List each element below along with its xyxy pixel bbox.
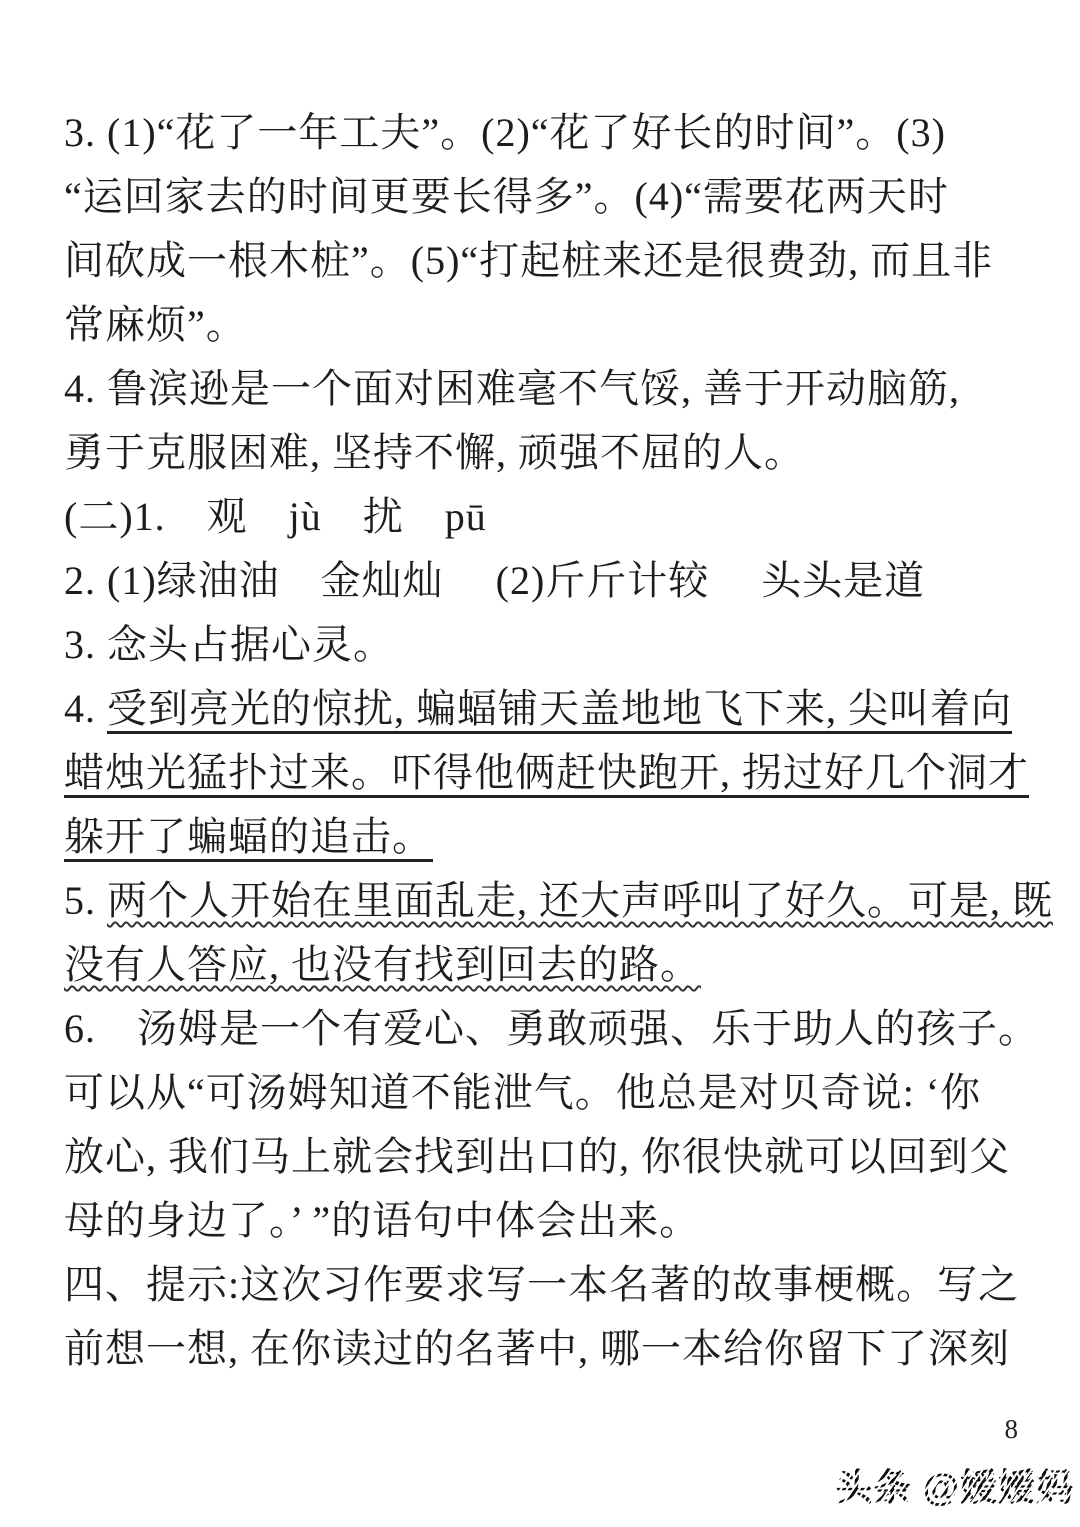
text-segment: 间砍成一根木桩”。(5)“打起桩来还是很费劲, 而且非 (64, 238, 993, 283)
text-segment: 3. 念头占据心灵。 (64, 622, 394, 667)
text-segment: 4. 鲁滨逊是一个面对困难毫不气馁, 善于开动脑筋, (64, 366, 960, 411)
text-segment: 6. 汤姆是一个有爱心、勇敢顽强、乐于助人的孩子。 (64, 1006, 1039, 1051)
text-line: “运回家去的时间更要长得多”。(4)“需要花两天时 (64, 165, 1026, 229)
text-line: 可以从“可汤姆知道不能泄气。他总是对贝奇说: ‘你 (64, 1061, 1026, 1125)
underlined-text-segment: 躲开了蝙蝠的追击。 (64, 814, 433, 859)
text-line: 蜡烛光猛扑过来。吓得他俩赶快跑开, 拐过好几个洞才 (64, 741, 1026, 805)
text-line: 2. (1)绿油油 金灿灿 (2)斤斤计较 头头是道 (64, 549, 1026, 613)
text-line: 放心, 我们马上就会找到出口的, 你很快就可以回到父 (64, 1125, 1026, 1189)
text-line: 间砍成一根木桩”。(5)“打起桩来还是很费劲, 而且非 (64, 229, 1026, 293)
text-line: 常麻烦”。 (64, 293, 1026, 357)
text-segment: 母的身边了。’ ”的语句中体会出来。 (64, 1198, 700, 1243)
text-line: 3. 念头占据心灵。 (64, 613, 1026, 677)
text-line: 前想一想, 在你读过的名著中, 哪一本给你留下了深刻 (64, 1317, 1026, 1381)
text-line: 四、提示:这次习作要求写一本名著的故事梗概。写之 (64, 1253, 1026, 1317)
text-segment: 2. (1)绿油油 金灿灿 (2)斤斤计较 头头是道 (64, 558, 925, 603)
text-segment: 常麻烦”。 (64, 302, 247, 347)
text-segment: 勇于克服困难, 坚持不懈, 顽强不屈的人。 (64, 430, 805, 475)
underlined-text-segment: 蜡烛光猛扑过来。吓得他俩赶快跑开, 拐过好几个洞才 (64, 750, 1029, 795)
page-number: 8 (1005, 1414, 1019, 1444)
underlined-text-segment: 两个人开始在里面乱走, 还大声呼叫了好久。可是, 既 (107, 878, 1053, 923)
worksheet-page: 3. (1)“花了一年工夫”。(2)“花了好长的时间”。(3)“运回家去的时间更… (0, 0, 1080, 1527)
text-segment: 前想一想, 在你读过的名著中, 哪一本给你留下了深刻 (64, 1326, 1010, 1371)
text-line: 4. 受到亮光的惊扰, 蝙蝠铺天盖地地飞下来, 尖叫着向 (64, 677, 1026, 741)
underlined-text-segment: 没有人答应, 也没有找到回去的路。 (64, 942, 701, 987)
text-segment: 3. (1)“花了一年工夫”。(2)“花了好长的时间”。(3) (64, 110, 946, 155)
text-segment: 可以从“可汤姆知道不能泄气。他总是对贝奇说: ‘你 (64, 1070, 981, 1115)
text-segment: 5. (64, 878, 107, 923)
answer-text-block: 3. (1)“花了一年工夫”。(2)“花了好长的时间”。(3)“运回家去的时间更… (64, 101, 1026, 1381)
text-line: 躲开了蝙蝠的追击。 (64, 805, 1026, 869)
text-line: 6. 汤姆是一个有爱心、勇敢顽强、乐于助人的孩子。 (64, 997, 1026, 1061)
text-line: 勇于克服困难, 坚持不懈, 顽强不屈的人。 (64, 421, 1026, 485)
text-line: 5. 两个人开始在里面乱走, 还大声呼叫了好久。可是, 既 (64, 869, 1026, 933)
text-segment: 四、提示:这次习作要求写一本名著的故事梗概。写之 (64, 1262, 1019, 1307)
text-segment: “运回家去的时间更要长得多”。(4)“需要花两天时 (64, 174, 949, 219)
text-segment: 4. (64, 686, 107, 731)
text-segment: (二)1. 观 jù 扰 pū (64, 494, 487, 539)
underlined-text-segment: 受到亮光的惊扰, 蝙蝠铺天盖地地飞下来, 尖叫着向 (107, 686, 1012, 731)
text-line: (二)1. 观 jù 扰 pū (64, 485, 1026, 549)
text-line: 母的身边了。’ ”的语句中体会出来。 (64, 1189, 1026, 1253)
text-segment: 放心, 我们马上就会找到出口的, 你很快就可以回到父 (64, 1134, 1010, 1179)
text-line: 4. 鲁滨逊是一个面对困难毫不气馁, 善于开动脑筋, (64, 357, 1026, 421)
text-line: 没有人答应, 也没有找到回去的路。 (64, 933, 1026, 997)
watermark-credit: 头条 @嫒嫒妈 (836, 1464, 1074, 1512)
text-line: 3. (1)“花了一年工夫”。(2)“花了好长的时间”。(3) (64, 101, 1026, 165)
